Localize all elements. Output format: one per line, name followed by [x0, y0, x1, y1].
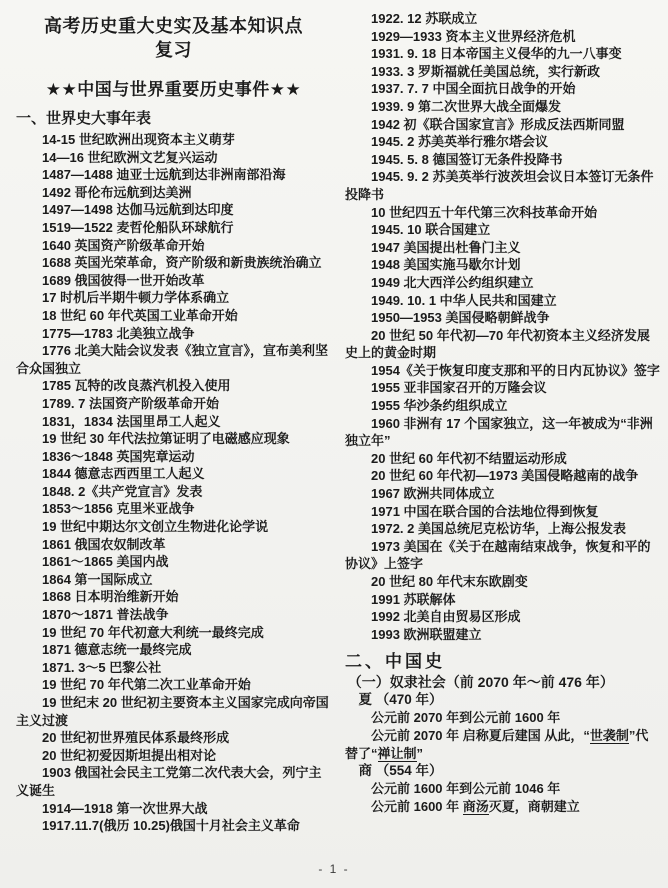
timeline-entry: 1836～1848 英国宪章运动	[16, 448, 331, 466]
timeline-entry: 1776 北美大陆会议发表《独立宣言》，宣布美利坚合众国独立	[16, 342, 331, 377]
timeline-entry: 18 世纪 60 年代英国工业革命开始	[16, 307, 331, 325]
timeline-entry: 1939. 9 第二次世界大战全面爆发	[345, 98, 660, 116]
timeline-entry: 1640 英国资产阶级革命开始	[16, 237, 331, 255]
china-detail-line: 公元前 2070 年到公元前 1600 年	[345, 709, 660, 727]
timeline-entry: 1848. 2《共产党宣言》发表	[16, 483, 331, 501]
timeline-entry: 1861～1865 美国内战	[16, 553, 331, 571]
timeline-entry: 14—16 世纪欧洲文艺复兴运动	[16, 149, 331, 167]
timeline-entry: 1497—1498 达伽马远航到达印度	[16, 201, 331, 219]
timeline-entry: 19 世纪 30 年代法拉第证明了电磁感应现象	[16, 430, 331, 448]
timeline-entry: 1844 德意志西西里工人起义	[16, 465, 331, 483]
timeline-entry: 1955 华沙条约组织成立	[345, 397, 660, 415]
timeline-entry: 1947 美国提出杜鲁门主义	[345, 239, 660, 257]
text-segment: 夏 （470 年）	[359, 692, 443, 707]
section-world-history-heading: 一、世界史大事年表	[16, 107, 331, 128]
world-events-list-continued: 1922. 12 苏联成立1929—1933 资本主义世界经济危机1931. 9…	[345, 10, 660, 643]
doc-subtitle: ★★中国与世界重要历史事件★★	[16, 75, 331, 100]
timeline-entry: 1933. 3 罗斯福就任美国总统，实行新政	[345, 63, 660, 81]
timeline-entry: 19 世纪 70 年代第二次工业革命开始	[16, 676, 331, 694]
timeline-entry: 1942 初《联合国家宣言》形成反法西斯同盟	[345, 116, 660, 134]
china-detail-line: 公元前 1600 年 商汤灭夏，商朝建立	[345, 798, 660, 816]
doc-title: 高考历史重大史实及基本知识点复习	[38, 14, 310, 62]
china-detail-line: 公元前 2070 年 启称夏后建国 从此，“世袭制”代替了“禅让制”	[345, 727, 660, 762]
text-segment: 灭夏，商朝建立	[489, 799, 580, 814]
right-column: 1922. 12 苏联成立1929—1933 资本主义世界经济危机1931. 9…	[345, 10, 660, 888]
timeline-entry: 1991 苏联解体	[345, 591, 660, 609]
timeline-entry: 1945. 9. 2 苏美英举行波茨坦会议日本签订无条件投降书	[345, 168, 660, 203]
text-segment: 公元前 2070 年到公元前 1600 年	[371, 710, 560, 725]
timeline-entry: 1831，1834 法国里昂工人起义	[16, 413, 331, 431]
china-history-block: （一）奴隶社会（前 2070 年～前 476 年）夏 （470 年）公元前 20…	[345, 673, 660, 815]
text-segment: ”	[417, 746, 424, 761]
timeline-entry: 20 世纪初世界殖民体系最终形成	[16, 729, 331, 747]
timeline-entry: 14-15 世纪欧洲出现资本主义萌芽	[16, 131, 331, 149]
timeline-entry: 1948 美国实施马歇尔计划	[345, 256, 660, 274]
underlined-term: 世袭制	[590, 728, 629, 744]
timeline-entry: 1914—1918 第一次世界大战	[16, 800, 331, 818]
timeline-entry: 20 世纪 60 年代初不结盟运动形成	[345, 450, 660, 468]
scanned-document-page: 高考历史重大史实及基本知识点复习 ★★中国与世界重要历史事件★★ 一、世界史大事…	[0, 0, 668, 888]
timeline-entry: 1993 欧洲联盟建立	[345, 626, 660, 644]
timeline-entry: 20 世纪 60 年代初—1973 美国侵略越南的战争	[345, 467, 660, 485]
timeline-entry: 1960 非洲有 17 个国家独立，这一年被成为“非洲独立年”	[345, 415, 660, 450]
timeline-entry: 1868 日本明治维新开始	[16, 588, 331, 606]
page-number: - 1 -	[0, 862, 668, 876]
timeline-entry: 20 世纪 80 年代末东欧剧变	[345, 573, 660, 591]
timeline-entry: 1937. 7. 7 中国全面抗日战争的开始	[345, 80, 660, 98]
timeline-entry: 1949 北大西洋公约组织建立	[345, 274, 660, 292]
timeline-entry: 19 世纪 70 年代初意大利统一最终完成	[16, 624, 331, 642]
timeline-entry: 1861 俄国农奴制改革	[16, 536, 331, 554]
text-segment: 公元前 1600 年	[371, 799, 463, 814]
timeline-entry: 17 时机后半期牛顿力学体系确立	[16, 289, 331, 307]
timeline-entry: 1775—1783 北美独立战争	[16, 325, 331, 343]
timeline-entry: 1870～1871 普法战争	[16, 606, 331, 624]
timeline-entry: 20 世纪初爱因斯坦提出相对论	[16, 747, 331, 765]
timeline-entry: 1785 瓦特的改良蒸汽机投入使用	[16, 377, 331, 395]
china-detail-line: 公元前 1600 年到公元前 1046 年	[345, 780, 660, 798]
text-segment: 商 （554 年）	[359, 763, 443, 778]
timeline-entry: 1871. 3～5 巴黎公社	[16, 659, 331, 677]
china-dynasty-line: 商 （554 年）	[345, 762, 660, 780]
section-china-history-heading: 二、中国史	[345, 647, 660, 672]
timeline-entry: 1903 俄国社会民主工党第二次代表大会，列宁主义诞生	[16, 764, 331, 799]
timeline-entry: 1945. 2 苏美英举行雅尔塔会议	[345, 133, 660, 151]
timeline-entry: 1917.11.7(俄历 10.25)俄国十月社会主义革命	[16, 817, 331, 835]
text-segment: 公元前 1600 年到公元前 1046 年	[371, 781, 560, 796]
timeline-entry: 1992 北美自由贸易区形成	[345, 608, 660, 626]
text-segment: 公元前 2070 年 启称夏后建国 从此，“	[371, 728, 590, 743]
timeline-entry: 1789. 7 法国资产阶级革命开始	[16, 395, 331, 413]
china-subheading-line: （一）奴隶社会（前 2070 年～前 476 年）	[345, 673, 660, 691]
timeline-entry: 1864 第一国际成立	[16, 571, 331, 589]
timeline-entry: 1492 哥伦布远航到达美洲	[16, 184, 331, 202]
timeline-entry: 1973 美国在《关于在越南结束战争，恢复和平的协议》上签字	[345, 538, 660, 573]
timeline-entry: 1972. 2 美国总统尼克松访华，上海公报发表	[345, 520, 660, 538]
timeline-entry: 20 世纪 50 年代初—70 年代初资本主义经济发展史上的黄金时期	[345, 327, 660, 362]
timeline-entry: 1945. 5. 8 德国签订无条件投降书	[345, 151, 660, 169]
text-segment: （一）奴隶社会（前 2070 年～前 476 年）	[348, 674, 614, 690]
timeline-entry: 1519—1522 麦哲伦船队环球航行	[16, 219, 331, 237]
timeline-entry: 1871 德意志统一最终完成	[16, 641, 331, 659]
timeline-entry: 1967 欧洲共同体成立	[345, 485, 660, 503]
timeline-entry: 19 世纪中期达尔文创立生物进化论学说	[16, 518, 331, 536]
timeline-entry: 1487—1488 迪亚士远航到达非洲南部沿海	[16, 166, 331, 184]
underlined-term: 禅让制	[378, 746, 417, 762]
timeline-entry: 1950—1953 美国侵略朝鲜战争	[345, 309, 660, 327]
timeline-entry: 1688 英国光荣革命，资产阶级和新贵族统治确立	[16, 254, 331, 272]
timeline-entry: 1954《关于恢复印度支那和平的日内瓦协议》签字	[345, 362, 660, 380]
timeline-entry: 1922. 12 苏联成立	[345, 10, 660, 28]
timeline-entry: 1955 亚非国家召开的万隆会议	[345, 379, 660, 397]
timeline-entry: 1689 俄国彼得一世开始改革	[16, 272, 331, 290]
timeline-entry: 1945. 10 联合国建立	[345, 221, 660, 239]
timeline-entry: 1949. 10. 1 中华人民共和国建立	[345, 292, 660, 310]
timeline-entry: 19 世纪末 20 世纪初主要资本主义国家完成向帝国主义过渡	[16, 694, 331, 729]
china-dynasty-line: 夏 （470 年）	[345, 691, 660, 709]
timeline-entry: 1971 中国在联合国的合法地位得到恢复	[345, 503, 660, 521]
left-column: 高考历史重大史实及基本知识点复习 ★★中国与世界重要历史事件★★ 一、世界史大事…	[16, 10, 331, 888]
timeline-entry: 1929—1933 资本主义世界经济危机	[345, 28, 660, 46]
timeline-entry: 10 世纪四五十年代第三次科技革命开始	[345, 204, 660, 222]
timeline-entry: 1931. 9. 18 日本帝国主义侵华的九一八事变	[345, 45, 660, 63]
world-events-list: 14-15 世纪欧洲出现资本主义萌芽14—16 世纪欧洲文艺复兴运动1487—1…	[16, 131, 331, 835]
timeline-entry: 1853～1856 克里米亚战争	[16, 500, 331, 518]
underlined-term: 商汤	[463, 799, 489, 815]
